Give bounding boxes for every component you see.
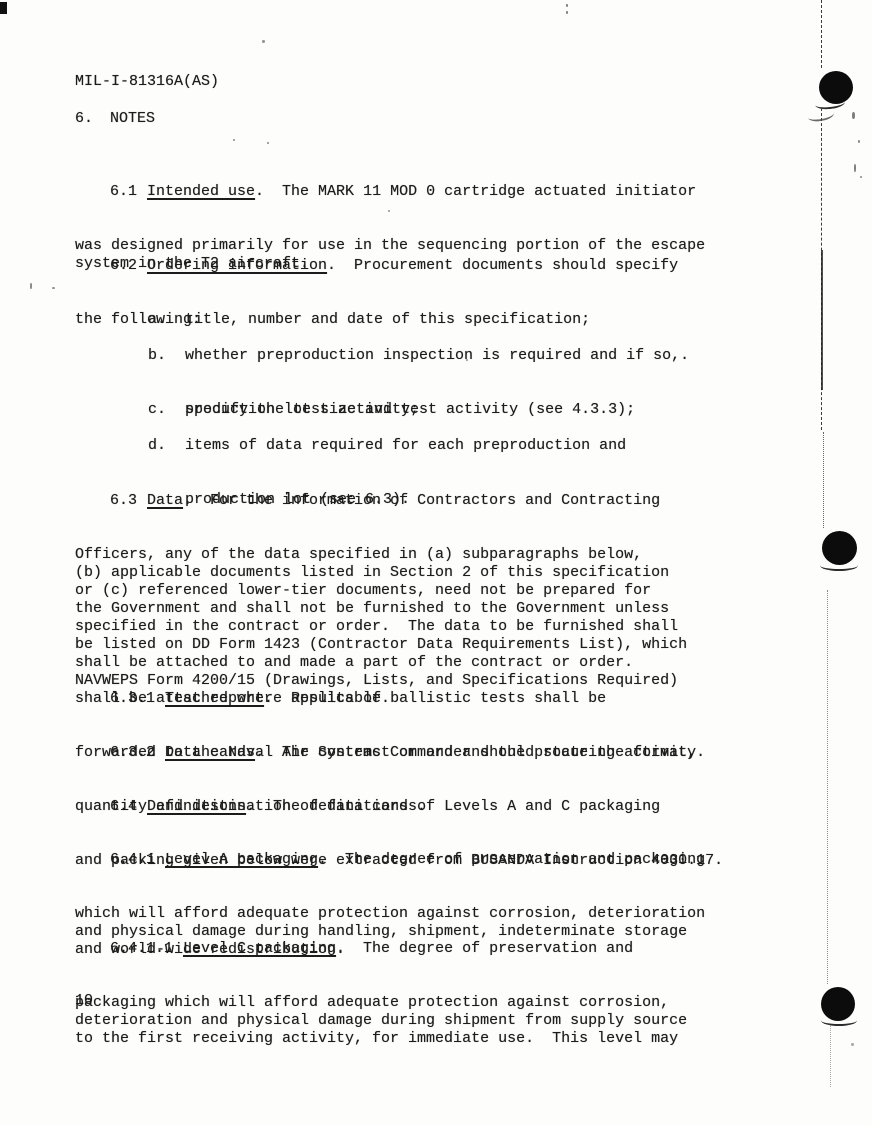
scan-fold-line — [827, 590, 828, 984]
scan-corner-mark — [0, 2, 7, 14]
list-item-text: whether preproduction inspection is requ… — [185, 347, 689, 364]
list-item-text: items of data required for each preprodu… — [185, 437, 626, 454]
paragraph-first-line: 6.4Definitions. The definitions of Level… — [75, 798, 723, 816]
paragraph-first-line: 6.3.2Data cards. The contract or order s… — [75, 744, 696, 762]
section-title: Level C packaging — [183, 940, 336, 957]
scan-speck — [858, 140, 860, 143]
paragraph-text: . The degree of preservation and packagi… — [318, 851, 705, 868]
scan-smudge-arc — [815, 96, 846, 110]
paragraph-first-line: 6.1Intended use. The MARK 11 MOD 0 cartr… — [75, 183, 705, 201]
paragraph-text: . The contract or order should state the… — [255, 744, 696, 761]
paragraph-text: . The degree of preservation and — [336, 940, 633, 957]
paragraph-text: . The MARK 11 MOD 0 cartridge actuated i… — [255, 183, 696, 200]
paragraph-first-line: 6.4.1.1Level C packaging. The degree of … — [75, 940, 687, 958]
section-6-4-1-1: 6.4.1.1Level C packaging. The degree of … — [75, 904, 687, 1084]
paragraph-lines: packaging which will afford adequate pro… — [75, 994, 687, 1048]
paragraph-text: . Procurement documents should specify — [327, 257, 678, 274]
scan-fold-line — [823, 432, 824, 528]
section-number: 6.4 — [110, 798, 137, 815]
scan-speck — [267, 142, 269, 144]
list-item-letter: d. — [148, 437, 166, 454]
section-title: Intended use — [147, 183, 255, 200]
section-number: 6.4.1.1 — [110, 940, 173, 957]
section-title: Test report — [165, 690, 264, 707]
scan-speck — [854, 164, 856, 172]
section-title: Ordering information — [147, 257, 327, 274]
scan-fold-line — [821, 0, 822, 68]
scan-speck — [860, 176, 862, 178]
section-number: 6. — [75, 110, 93, 127]
scan-speck — [52, 287, 55, 289]
section-number: 6.1 — [110, 183, 137, 200]
scanned-document-page: MIL-I-81316A(AS) 6.NOTES 6.1Intended use… — [0, 0, 872, 1125]
section-number: 6.3 — [110, 492, 137, 509]
scan-speck — [852, 112, 855, 119]
section-heading-notes: 6.NOTES — [75, 110, 155, 128]
section-title: NOTES — [110, 110, 155, 127]
list-item-letter: b. — [148, 347, 166, 364]
list-item-line: b.whether preproduction inspection is re… — [148, 347, 689, 365]
scan-speck — [566, 4, 568, 7]
doc-number: MIL-I-81316A(AS) — [75, 73, 219, 91]
section-number: 6.3.2 — [110, 744, 155, 761]
paragraph-text: . For the information of Contractors and… — [183, 492, 660, 509]
list-item-line: d.items of data required for each prepro… — [148, 437, 626, 455]
section-number: 6.4.1 — [110, 851, 155, 868]
scan-fold-line — [830, 1025, 831, 1087]
scan-speck — [851, 1043, 854, 1046]
section-title: Data cards — [165, 744, 255, 761]
section-number: 6.3.1 — [110, 690, 155, 707]
section-title: Definitions — [147, 798, 246, 815]
scan-smudge-arc — [820, 560, 858, 571]
section-number: 6.2 — [110, 257, 137, 274]
paragraph-text: . The definitions of Levels A and C pack… — [246, 798, 660, 815]
scan-speck — [262, 40, 265, 43]
scan-fold-line — [821, 250, 823, 390]
paragraph-first-line: 6.3.1Test report. Results of ballistic t… — [75, 690, 705, 708]
scan-speck — [566, 11, 568, 14]
scan-speck — [233, 139, 235, 141]
section-title: Level A packaging — [165, 851, 318, 868]
scan-speck — [466, 359, 468, 361]
page-number: 10 — [75, 992, 93, 1010]
scan-speck — [30, 283, 32, 289]
paragraph-first-line: 6.4.1Level A packaging. The degree of pr… — [75, 851, 705, 869]
paragraph-text: . Results of ballistic tests shall be — [264, 690, 606, 707]
paragraph-first-line: 6.2Ordering information. Procurement doc… — [75, 257, 678, 275]
scan-smudge-arc — [821, 1015, 857, 1026]
section-title: Data — [147, 492, 183, 509]
scan-speck — [388, 210, 390, 212]
paragraph-first-line: 6.3Data. For the information of Contract… — [75, 492, 687, 510]
